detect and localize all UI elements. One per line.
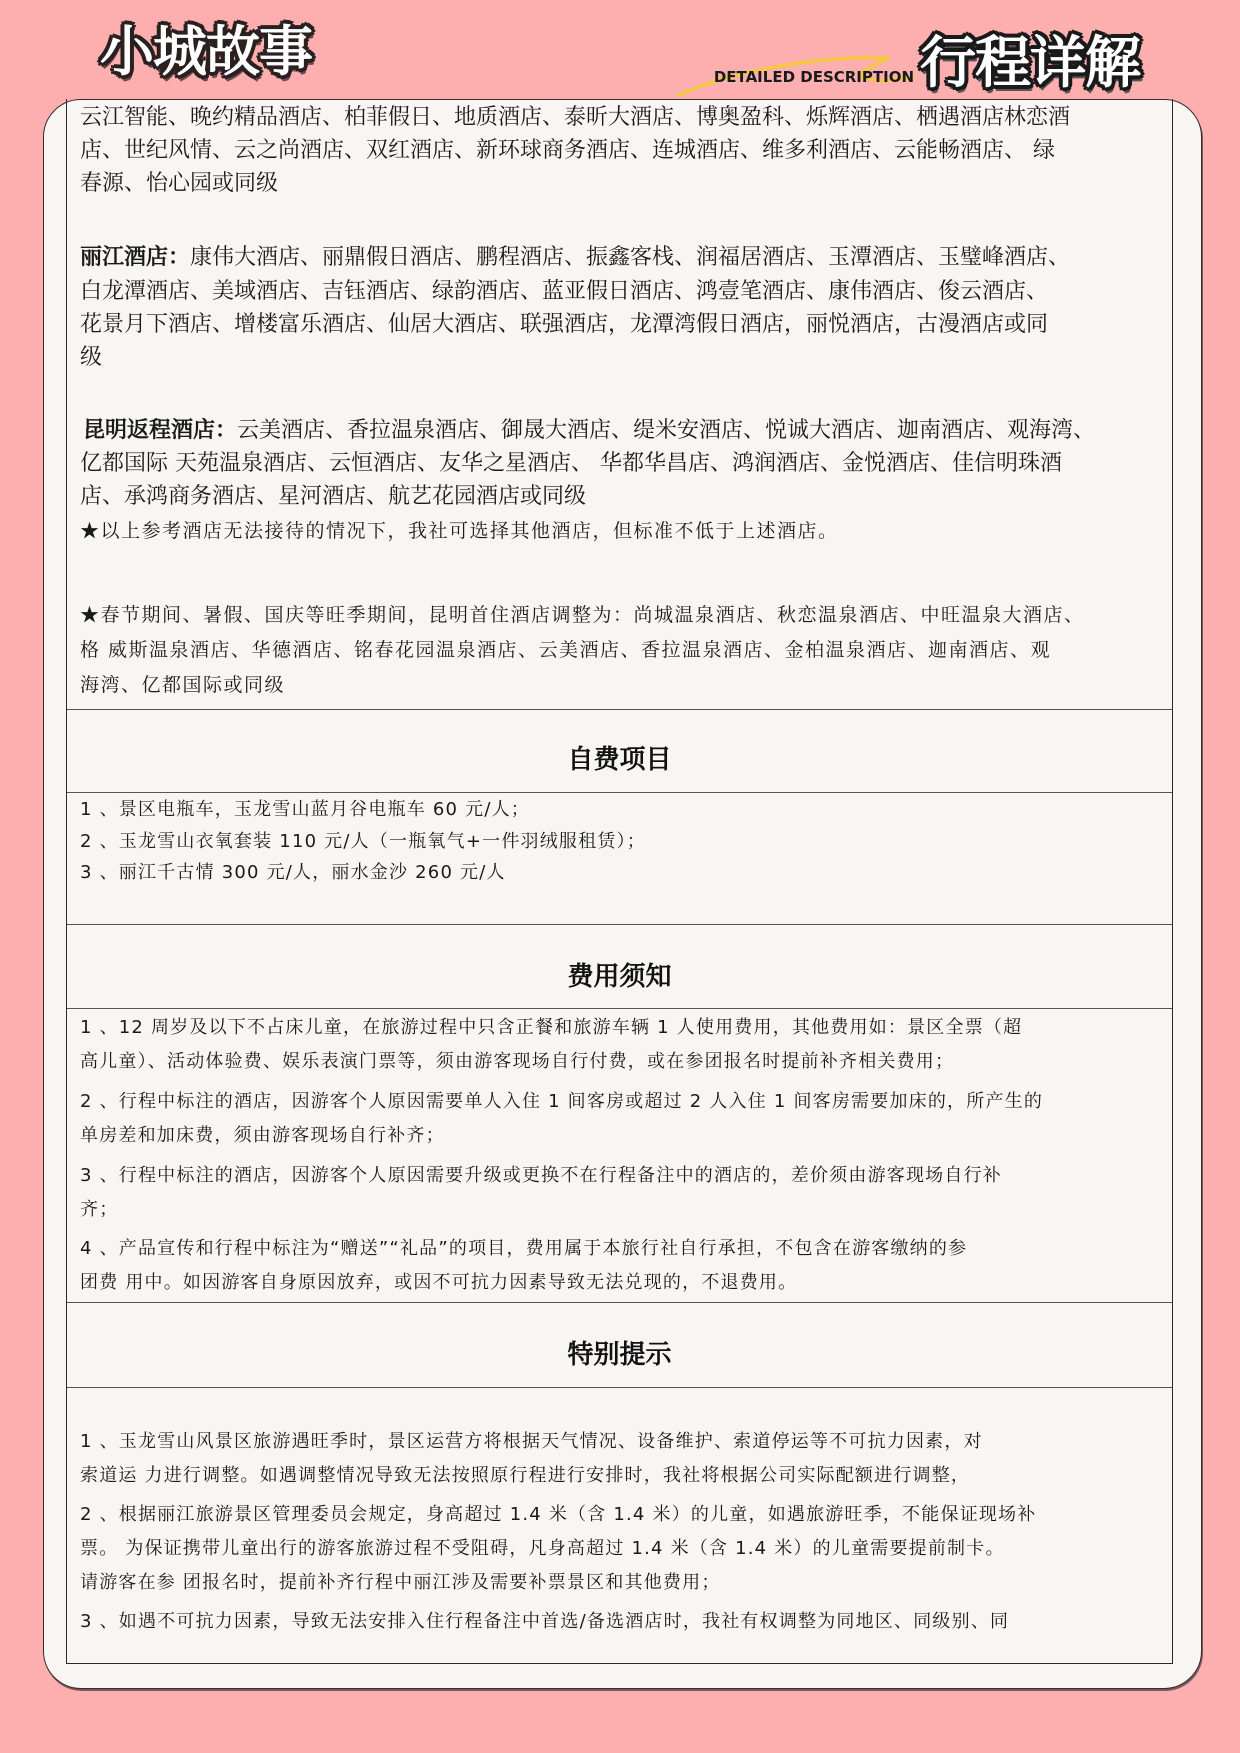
optional-item: 3 、丽江千古情 300 元/人，丽水金沙 260 元/人: [80, 864, 506, 882]
hotel-list-line: 云江智能、晚约精品酒店、柏菲假日、地质酒店、泰昕大酒店、博奥盈科、烁辉酒店、栖遇…: [80, 107, 1070, 129]
page-header-title-group: DETAILED DESCRIPTION 行程详解: [714, 22, 1140, 92]
lijiang-hotels-line: 花景月下酒店、增楼富乐酒店、仙居大酒店、联强酒店，龙潭湾假日酒店，丽悦酒店，古漫…: [80, 314, 1048, 336]
peak-season-note: 海湾、亿都国际或同级: [80, 676, 285, 695]
subtitle-english: DETAILED DESCRIPTION: [714, 68, 914, 86]
lijiang-hotels-line: 丽江酒店：康伟大酒店、丽鼎假日酒店、鹏程酒店、振鑫客栈、润福居酒店、玉潭酒店、玉…: [80, 247, 1070, 269]
divider: [67, 792, 1172, 793]
section-title-fees: 费用须知: [67, 956, 1172, 993]
special-note-line: 1 、玉龙雪山风景区旅游遇旺季时，景区运营方将根据天气情况、设备维护、索道停运等…: [80, 1433, 983, 1451]
optional-item: 1 、景区电瓶车，玉龙雪山蓝月谷电瓶车 60 元/人；: [80, 801, 530, 819]
special-note-line: 2 、根据丽江旅游景区管理委员会规定，身高超过 1.4 米（含 1.4 米）的儿…: [80, 1506, 1037, 1524]
special-note-line: 3 、如遇不可抗力因素，导致无法安排入住行程备注中首选/备选酒店时，我社有权调整…: [80, 1613, 1009, 1631]
special-note-line: 索道运 力进行调整。如遇调整情况导致无法按照原行程进行安排时，我社将根据公司实际…: [80, 1467, 970, 1485]
fee-note-line: 4 、产品宣传和行程中标注为“赠送”“礼品”的项目，费用属于本旅行社自行承担，不…: [80, 1240, 967, 1258]
divider: [67, 709, 1172, 710]
kunming-return-hotels-line: 店、承鸿商务酒店、星河酒店、航艺花园酒店或同级: [80, 486, 586, 508]
page-title: 行程详解: [920, 36, 1140, 92]
optional-item: 2 、玉龙雪山衣氧套装 110 元/人（一瓶氧气+一件羽绒服租赁）；: [80, 833, 646, 851]
fee-note-line: 团费 用中。如因游客自身原因放弃，或因不可抗力因素导致无法兑现的，不退费用。: [80, 1274, 797, 1292]
peak-season-note: 格 威斯温泉酒店、华德酒店、铭春花园温泉酒店、云美酒店、香拉温泉酒店、金柏温泉酒…: [80, 641, 1051, 660]
fee-note-line: 1 、12 周岁及以下不占床儿童，在旅游过程中只含正餐和旅游车辆 1 人使用费用…: [80, 1019, 1022, 1037]
section-title-special: 特别提示: [67, 1334, 1172, 1371]
special-note-line: 请游客在参 团报名时，提前补齐行程中丽江涉及需要补票景区和其他费用；: [80, 1574, 721, 1592]
brand-logo-text: 小城故事: [100, 25, 312, 79]
divider: [67, 1302, 1172, 1303]
itinerary-table: 云江智能、晚约精品酒店、柏菲假日、地质酒店、泰昕大酒店、博奥盈科、烁辉酒店、栖遇…: [66, 99, 1173, 1664]
fee-note-line: 齐；: [80, 1201, 118, 1219]
hotels-block: 云江智能、晚约精品酒店、柏菲假日、地质酒店、泰昕大酒店、博奥盈科、烁辉酒店、栖遇…: [67, 99, 1172, 709]
lijiang-hotels-line: 级: [80, 347, 102, 369]
kunming-return-hotels-line: 昆明返程酒店：云美酒店、香拉温泉酒店、御晟大酒店、缇米安酒店、悦诚大酒店、迦南酒…: [83, 420, 1095, 442]
peak-season-note: ★春节期间、暑假、国庆等旺季期间，昆明首住酒店调整为：尚城温泉酒店、秋恋温泉酒店…: [80, 606, 1085, 625]
divider: [67, 924, 1172, 925]
fee-note-line: 单房差和加床费，须由游客现场自行补齐；: [80, 1127, 445, 1145]
lijiang-hotels-label: 丽江酒店：: [80, 245, 190, 270]
divider: [67, 1387, 1172, 1388]
kunming-return-hotels-line: 亿都国际 天苑温泉酒店、云恒酒店、友华之星酒店、 华都华昌店、鸿润酒店、金悦酒店…: [80, 453, 1062, 475]
lijiang-hotels-line: 白龙潭酒店、美域酒店、吉钰酒店、绿韵酒店、蓝亚假日酒店、鸿壹笔酒店、康伟酒店、俊…: [80, 281, 1048, 303]
fee-note-line: 高儿童）、活动体验费、娱乐表演门票等，须由游客现场自行付费，或在参团报名时提前补…: [80, 1053, 954, 1071]
special-note-line: 票。 为保证携带儿童出行的游客旅游过程不受阻碍，凡身高超过 1.4 米（含 1.…: [80, 1540, 1005, 1558]
divider: [67, 1008, 1172, 1009]
hotel-list-line: 店、世纪风情、云之尚酒店、双红酒店、新环球商务酒店、连城酒店、维多利酒店、云能畅…: [80, 140, 1055, 162]
fee-note-line: 2 、行程中标注的酒店，因游客个人原因需要单人入住 1 间客房或超过 2 人入住…: [80, 1093, 1043, 1111]
section-title-optional: 自费项目: [67, 739, 1172, 776]
hotel-list-line: 春源、怡心园或同级: [80, 173, 278, 195]
hotel-note-star: ★以上参考酒店无法接待的情况下，我社可选择其他酒店，但标准不低于上述酒店。: [80, 522, 839, 541]
kunming-return-hotels-label: 昆明返程酒店：: [83, 418, 237, 443]
fee-note-line: 3 、行程中标注的酒店，因游客个人原因需要升级或更换不在行程备注中的酒店的，差价…: [80, 1167, 1002, 1185]
